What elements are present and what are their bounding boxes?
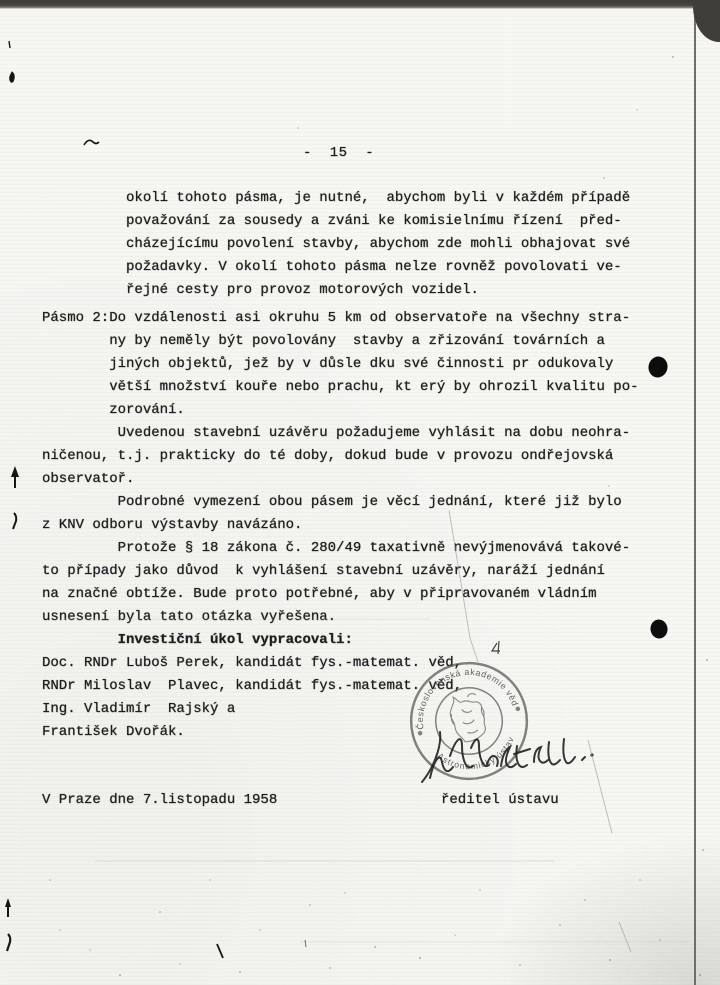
document-line: Protože § 18 zákona č. 280/49 taxativně … [42,537,687,560]
signature [416,722,598,792]
document-line: ny by neměly být povolovány stavby a zři… [42,330,687,353]
document-line: považování za sousedy a zváni ke komisie… [42,210,687,233]
document-line: jiných objektů, jež by v důsle dku své č… [42,353,687,376]
document-line: větší množství kouře nebo prachu, kt erý… [42,376,687,399]
document-line: Podrobné vymezení obou pásem je věcí jed… [42,491,687,514]
document-body: okolí tohoto pásma, je nutné, abychom by… [42,187,687,744]
document-line: z KNV odboru výstavby navázáno. [42,514,687,537]
scan-corner-top-right [693,0,720,42]
scan-edge-top [0,0,720,9]
page-number: - 15 - [303,142,374,165]
document-line: to případy jako důvod k vyhlášení staveb… [42,560,687,583]
document-line: observatoř. [42,468,687,491]
scan-noise-bottom-right [490,835,720,985]
document-line: Pásmo 2:Do vzdálenosti asi okruhu 5 km o… [42,307,687,330]
document-line: Investiční úkol vypracovali: [42,629,687,652]
document-line: okolí tohoto pásma, je nutné, abychom by… [42,187,687,210]
document-line: ničenou, t.j. prakticky do té doby, doku… [42,445,687,468]
document-line: Doc. RNDr Luboš Perek, kandidát fys.-mat… [42,652,687,675]
document-line: cházejícímu povolení stavby, abychom zde… [42,233,687,256]
document-line: usnesení byla tato otázka vyřešena. [42,606,687,629]
stamp-ring-top-text: Československá akademie věd [403,655,520,731]
place-date-line: V Praze dne 7.listopadu 1958 [42,789,277,812]
svg-text:Československá akademie věd: Československá akademie věd [403,655,520,731]
document-line: Ing. Vladimír Rajský a [42,698,687,721]
document-line: na značné obtíže. Bude proto potřebné, a… [42,583,687,606]
document-line: řejné cesty pro provoz motorových vozide… [42,279,687,302]
document-line: RNDr Miloslav Plavec, kandidát fys.-mate… [42,675,687,698]
document-line: zorování. [42,399,687,422]
scanned-document-page: - 15 - okolí tohoto pásma, je nutné, aby… [0,0,720,985]
document-line: Uvedenou stavební uzávěru požadujeme vyh… [42,422,687,445]
document-line: požadavky. V okolí tohoto pásma nelze ro… [42,256,687,279]
